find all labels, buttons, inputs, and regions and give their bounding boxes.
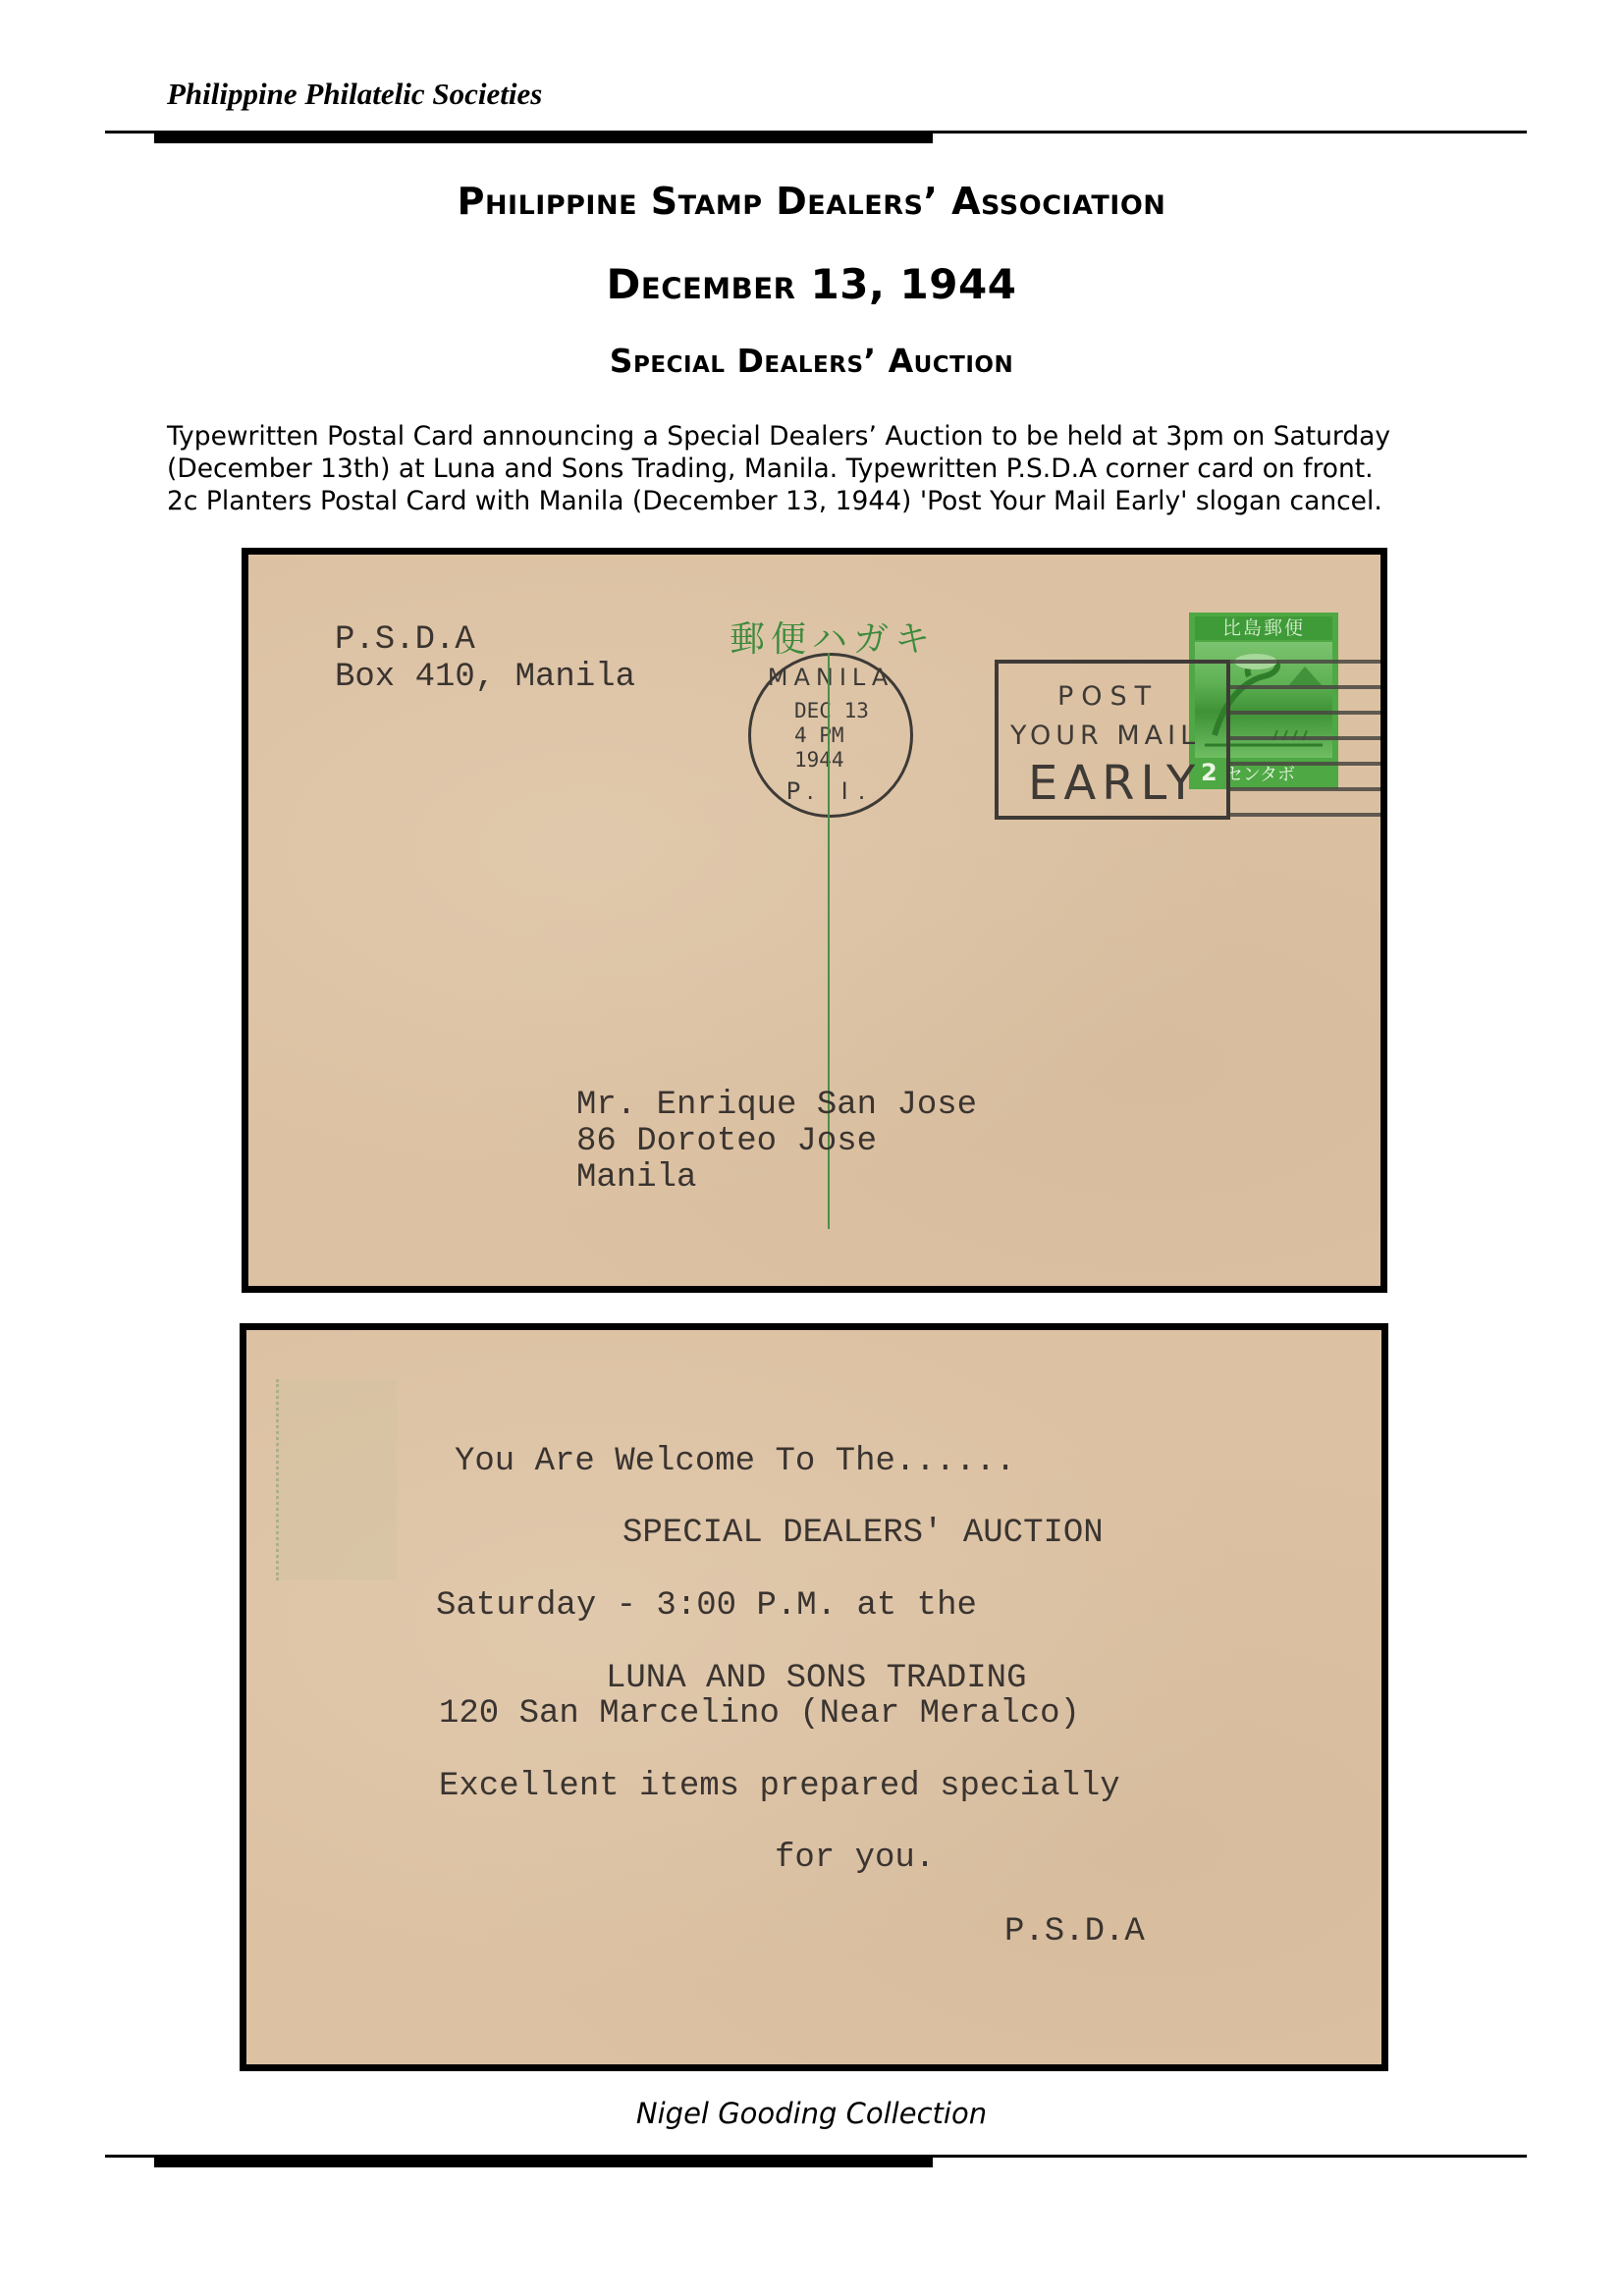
slogan-line: EARLY — [1028, 756, 1201, 811]
stamp-showthrough — [276, 1379, 397, 1580]
footer-rule-thick — [154, 2157, 933, 2167]
cancel-bar — [1230, 711, 1387, 715]
postmark-time-line: 4 PM — [794, 723, 869, 748]
message-line: You Are Welcome To The...... — [455, 1443, 1015, 1480]
postmark-year: 1944 — [794, 748, 869, 773]
address-line: Mr. Enrique San Jose — [576, 1088, 977, 1124]
description-line: Typewritten Postal Card announcing a Spe… — [167, 420, 1473, 453]
message-signature: P.S.D.A — [1004, 1913, 1145, 1950]
cancel-bar — [1230, 762, 1387, 766]
postal-card-front: P.S.D.A Box 410, Manila 郵便ハガキ MANILA DEC… — [242, 548, 1387, 1293]
stamp-currency: センタボ — [1225, 765, 1295, 785]
slogan-cancel-box: POST YOUR MAIL EARLY — [995, 660, 1230, 820]
cancel-bar — [1230, 660, 1387, 664]
message-line: LUNA AND SONS TRADING — [606, 1660, 1026, 1697]
message-line: Excellent items prepared specially — [439, 1768, 1120, 1805]
message-line: SPECIAL DEALERS' AUCTION — [622, 1515, 1104, 1552]
postmark-country: P. I. — [751, 777, 910, 805]
slogan-line: POST — [1057, 681, 1159, 712]
stamp-top-text: 比島郵便 — [1195, 616, 1332, 640]
postmark-city: MANILA — [751, 664, 910, 691]
running-head: Philippine Philatelic Societies — [167, 77, 542, 112]
description-line: 2c Planters Postal Card with Manila (Dec… — [167, 485, 1473, 517]
postmark-date: DEC 13 4 PM 1944 — [794, 699, 869, 773]
page-date: December 13, 1944 — [0, 260, 1623, 308]
cancel-bar — [1230, 685, 1387, 689]
header-rule-thick — [154, 133, 933, 143]
postmark-date-line: DEC 13 — [794, 699, 869, 723]
description-line: (December 13th) at Luna and Sons Trading… — [167, 453, 1473, 485]
page-title: Philippine Stamp Dealers’ Association — [0, 180, 1623, 223]
postal-card-back: You Are Welcome To The...... SPECIAL DEA… — [240, 1323, 1388, 2071]
cancel-bar — [1230, 813, 1387, 817]
message-line: 120 San Marcelino (Near Meralco) — [439, 1695, 1080, 1733]
cancel-bar — [1230, 787, 1387, 791]
corner-card-line: P.S.D.A — [335, 621, 635, 659]
message-line: Saturday - 3:00 P.M. at the — [436, 1587, 977, 1625]
postmark-circle: MANILA DEC 13 4 PM 1944 P. I. — [748, 653, 913, 818]
cancel-bar — [1230, 736, 1387, 740]
slogan-line: YOUR MAIL — [1010, 721, 1200, 751]
corner-card-line: Box 410, Manila — [335, 659, 635, 696]
description: Typewritten Postal Card announcing a Spe… — [167, 420, 1473, 517]
address-line: 86 Doroteo Jose — [576, 1124, 977, 1160]
page-subtitle: Special Dealers’ Auction — [0, 342, 1623, 380]
recipient-address: Mr. Enrique San Jose 86 Doroteo Jose Man… — [576, 1088, 977, 1197]
address-line: Manila — [576, 1160, 977, 1197]
collection-caption: Nigel Gooding Collection — [0, 2097, 1623, 2130]
corner-card: P.S.D.A Box 410, Manila — [335, 621, 635, 696]
message-line: for you. — [775, 1840, 935, 1877]
